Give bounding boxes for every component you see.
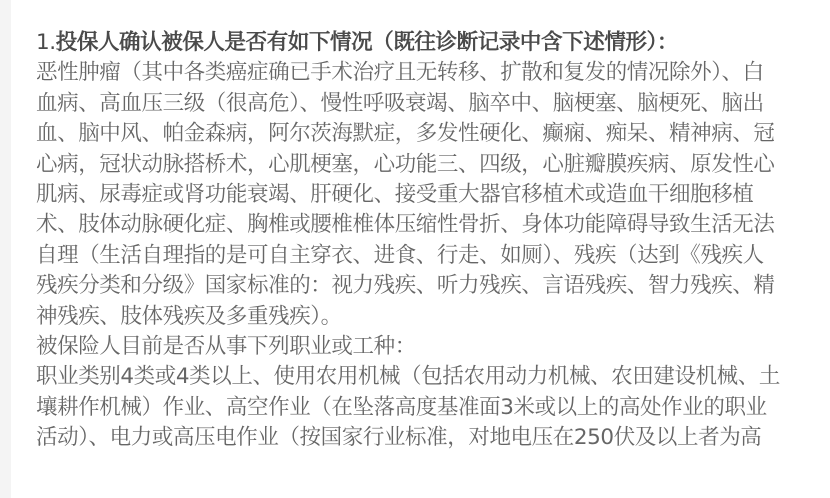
occupation-heading: 被保险人目前是否从事下列职业或工种： bbox=[36, 332, 816, 362]
health-declaration-text: 1.投保人确认被保人是否有如下情况（既往诊断记录中含下述情形）： 恶性肿瘤（其中… bbox=[36, 28, 816, 453]
paragraph-line: 恶性肿瘤（其中各类癌症确已手术治疗且无转移、扩散和复发的情况除外）、白 bbox=[36, 58, 816, 88]
health-conditions-paragraph: 恶性肿瘤（其中各类癌症确已手术治疗且无转移、扩散和复发的情况除外）、白 血病、高… bbox=[36, 58, 816, 332]
paragraph-line: 血、脑中风、帕金森病，阿尔茨海默症，多发性硬化、癫痫、痴呆、精神病、冠 bbox=[36, 119, 816, 149]
paragraph-line: 术、肢体动脉硬化症、胸椎或腰椎椎体压缩性骨折、身体功能障碍导致生活无法 bbox=[36, 210, 816, 240]
paragraph-line: 血病、高血压三级（很高危）、慢性呼吸衰竭、脑卒中、脑梗塞、脑梗死、脑出 bbox=[36, 89, 816, 119]
occupation-paragraph: 职业类别4类或4类以上、使用农用机械（包括农用动力机械、农田建设机械、土 壤耕作… bbox=[36, 362, 816, 453]
paragraph-line: 活动）、电力或高压电作业（按国家行业标准，对地电压在250伏及以上者为高 bbox=[36, 423, 816, 453]
paragraph-line: 肌病、尿毒症或肾功能衰竭、肝硬化、接受重大器官移植术或造血干细胞移植 bbox=[36, 180, 816, 210]
paragraph-line: 壤耕作机械）作业、高空作业（在坠落高度基准面3米或以上的高处作业的职业 bbox=[36, 393, 816, 423]
question-number: 1. bbox=[36, 30, 56, 55]
question-title-text: 投保人确认被保人是否有如下情况（既往诊断记录中含下述情形）： bbox=[56, 30, 678, 55]
paragraph-line: 残疾分类和分级》国家标准的：视力残疾、听力残疾、言语残疾、智力残疾、精 bbox=[36, 271, 816, 301]
paragraph-line: 自理（生活自理指的是可自主穿衣、进食、行走、如厕）、残疾（达到《残疾人 bbox=[36, 241, 816, 271]
document-page: 1.投保人确认被保人是否有如下情况（既往诊断记录中含下述情形）： 恶性肿瘤（其中… bbox=[0, 0, 830, 498]
question-title: 1.投保人确认被保人是否有如下情况（既往诊断记录中含下述情形）： bbox=[36, 28, 816, 58]
paragraph-line: 神残疾、肢体残疾及多重残疾）。 bbox=[36, 302, 816, 332]
paragraph-line: 心病，冠状动脉搭桥术，心肌梗塞，心功能三、四级，心脏瓣膜疾病、原发性心 bbox=[36, 150, 816, 180]
paragraph-line: 职业类别4类或4类以上、使用农用机械（包括农用动力机械、农田建设机械、土 bbox=[36, 362, 816, 392]
left-margin-strip bbox=[0, 0, 11, 498]
